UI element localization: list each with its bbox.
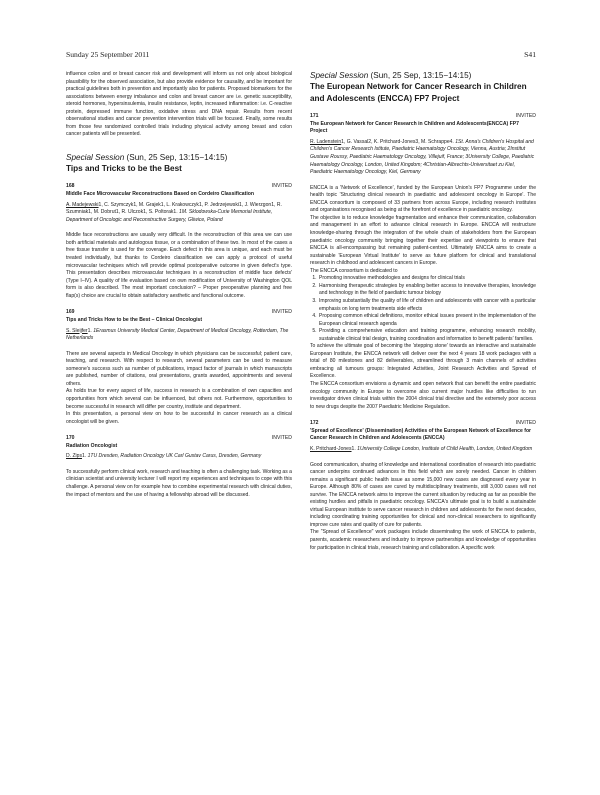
abstract-header: 170 INVITED	[66, 435, 292, 443]
continuation-paragraph: influence colon and or breast cancer ris…	[66, 71, 292, 139]
presenting-author: S. Sleijfer	[66, 328, 88, 334]
affiliation: 1TU Dresden, Radiation Oncology UK Carl …	[88, 453, 262, 459]
author-list: R. Ladenstein1, G. Vassal2, K. Pritchard…	[310, 139, 536, 177]
session-kind: Special Session (Sun, 25 Sep, 13:15−14:1…	[66, 153, 292, 163]
list-item: Proposing common ethical definitions, mo…	[318, 313, 536, 328]
presenting-author: R. Ladenstein	[310, 139, 341, 145]
affiliation: 1Erasmus University Medical Center, Depa…	[66, 328, 288, 342]
abstract-header: 171 INVITED	[310, 113, 536, 121]
running-header: Sunday 25 September 2011 S41	[66, 50, 536, 62]
abstract-number: 169	[66, 309, 75, 317]
abstract-number: 172	[310, 420, 319, 428]
session-kind: Special Session (Sun, 25 Sep, 13:15−14:1…	[310, 71, 536, 81]
abstract-172: 172 INVITED 'Spread of Excellence' (Diss…	[310, 420, 536, 552]
abstract-body: To achieve the ultimate goal of becoming…	[310, 343, 536, 381]
author-list: S. Sleijfer1. 1Erasmus University Medica…	[66, 328, 292, 343]
abstract-title: Radiation Oncologist	[66, 443, 292, 451]
abstract-number: 171	[310, 113, 319, 121]
session-heading: Special Session (Sun, 25 Sep, 13:15−14:1…	[66, 153, 292, 175]
list-item: Providing a comprehensive education and …	[318, 328, 536, 343]
abstract-body: The objective is to reduce knowledge fra…	[310, 215, 536, 268]
presenting-author: K. Pritchard-Jones	[310, 446, 352, 452]
author-list: D. Zips1. 1TU Dresden, Radiation Oncolog…	[66, 453, 292, 461]
abstract-header: 168 INVITED	[66, 183, 292, 191]
author-list: K. Pritchard-Jones1. 1University College…	[310, 446, 536, 454]
abstract-169: 169 INVITED Tips and Tricks How to be th…	[66, 309, 292, 426]
invited-tag: INVITED	[516, 113, 536, 121]
abstract-header: 169 INVITED	[66, 309, 292, 317]
list-item: Improving substantially the quality of l…	[318, 298, 536, 313]
abstract-body: The "Spread of Excellence" work packages…	[310, 529, 536, 552]
abstract-body: Middle face reconstructions are usually …	[66, 232, 292, 300]
abstract-body: As holds true for every aspect of life, …	[66, 388, 292, 411]
abstract-body: Good communication, sharing of knowledge…	[310, 462, 536, 530]
abstract-number: 168	[66, 183, 75, 191]
header-date: Sunday 25 September 2011	[66, 50, 149, 59]
presenting-author: A. Madejewski	[66, 202, 99, 208]
affiliation: 1University College London, Institute of…	[357, 446, 532, 452]
author-list: A. Madejewski1, C. Szymczyk1, M. Grajek1…	[66, 202, 292, 225]
list-item: Promoting innovative methodologies and d…	[318, 275, 536, 283]
abstract-body: The ENCCA consortium envisions a dynamic…	[310, 381, 536, 411]
invited-tag: INVITED	[272, 183, 292, 191]
abstract-168: 168 INVITED Middle Face Microvascular Re…	[66, 183, 292, 300]
abstract-171: 171 INVITED The European Network for Can…	[310, 113, 536, 411]
abstract-body: The ENCCA consortium is dedicated to	[310, 268, 536, 276]
session-heading: Special Session (Sun, 25 Sep, 13:15−14:1…	[310, 71, 536, 104]
abstract-body: There are several aspects in Medical Onc…	[66, 351, 292, 389]
abstract-170: 170 INVITED Radiation Oncologist D. Zips…	[66, 435, 292, 499]
list-item: Harmonising therapeutic strategies by en…	[318, 283, 536, 298]
invited-tag: INVITED	[516, 420, 536, 428]
abstract-title: Tips and Tricks How to be the Best – Cli…	[66, 317, 292, 325]
objectives-list: Promoting innovative methodologies and d…	[310, 275, 536, 343]
abstract-title: Middle Face Microvascular Reconstruction…	[66, 191, 292, 199]
abstract-title: 'Spread of Excellence' (Dissemination) A…	[310, 428, 536, 443]
page-number: S41	[524, 50, 536, 59]
presenting-author: D. Zips	[66, 453, 82, 459]
left-column: influence colon and or breast cancer ris…	[66, 71, 292, 499]
right-column: Special Session (Sun, 25 Sep, 13:15−14:1…	[310, 71, 536, 552]
abstract-body: ENCCA is a 'Network of Excellence', fund…	[310, 185, 536, 215]
abstract-number: 170	[66, 435, 75, 443]
invited-tag: INVITED	[272, 309, 292, 317]
abstract-header: 172 INVITED	[310, 420, 536, 428]
session-title: The European Network for Cancer Research…	[310, 81, 536, 104]
session-title: Tips and Tricks to be the Best	[66, 163, 292, 175]
invited-tag: INVITED	[272, 435, 292, 443]
abstract-title: The European Network for Cancer Research…	[310, 121, 536, 136]
abstract-body: In this presentation, a personal view on…	[66, 411, 292, 426]
abstract-body: To successfully perform clinical work, r…	[66, 469, 292, 499]
